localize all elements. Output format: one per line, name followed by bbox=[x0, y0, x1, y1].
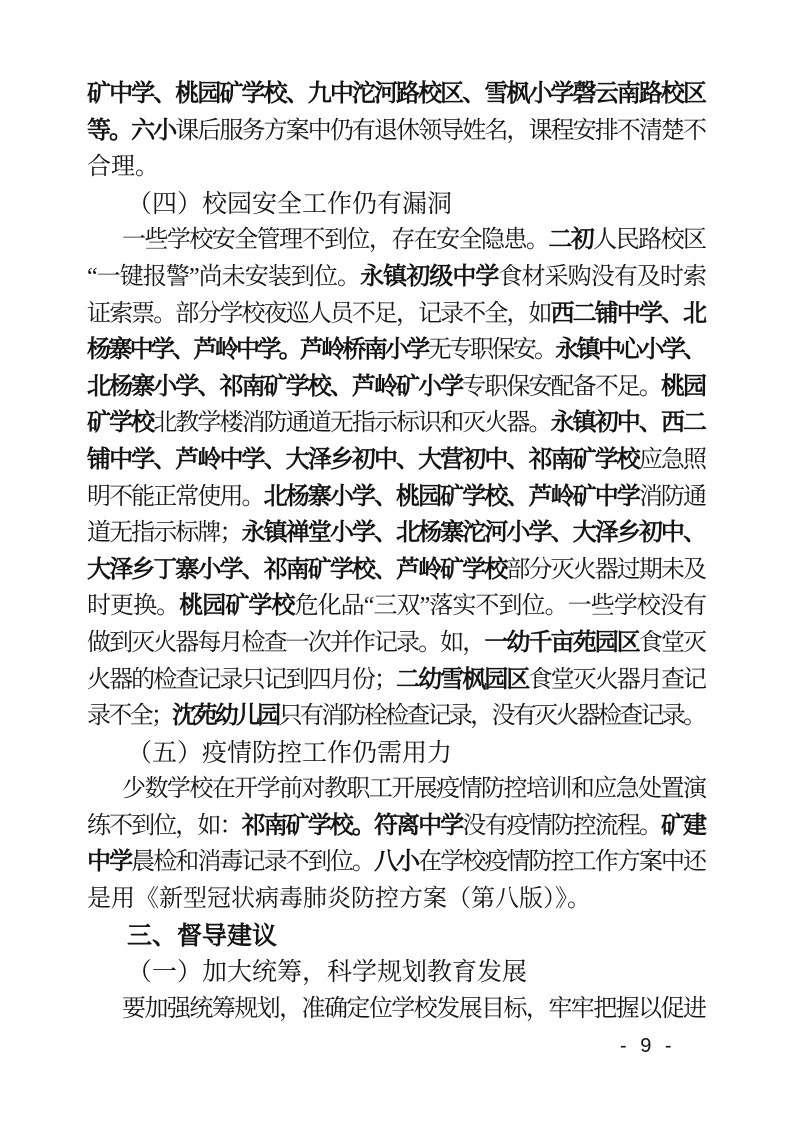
line-content: 三、督导建议 bbox=[127, 918, 277, 956]
body-text: （一）加大统筹，科学规划教育发展 bbox=[127, 957, 527, 986]
body-text: 合理。 bbox=[87, 154, 159, 180]
document-page: 矿中学、桃园矿学校、九中沱河路校区、雪枫小学磬云南路校区等。六小课后服务方案中仍… bbox=[0, 0, 793, 1122]
line-content: 录不全；沈苑幼儿园只有消防栓检查记录，没有灭火器检查记录。 bbox=[87, 698, 704, 735]
body-text: 要加强统筹规划，准确定位学校发展目标，牢牢把握以促进 bbox=[122, 996, 705, 1022]
text-line: 道无指示标牌；永镇禅堂小学、北杨寨沱河小学、大泽乡初中、 bbox=[87, 515, 707, 552]
text-line: 录不全；沈苑幼儿园只有消防栓检查记录，没有灭火器检查记录。 bbox=[87, 698, 707, 735]
text-line: “一键报警”尚未安装到位。永镇初级中学食材采购没有及时索 bbox=[87, 259, 707, 296]
emphasis-school-name: 永镇中心小学、 bbox=[555, 336, 704, 363]
emphasis-school-name: 永镇禅堂小学、北杨寨沱河小学、大泽乡初中、 bbox=[242, 519, 706, 546]
body-text: 应急照 bbox=[639, 447, 705, 473]
text-line: 时更换。桃园矿学校危化品“三双”落实不到位。一些学校没有 bbox=[87, 588, 707, 625]
body-text: （四）校园安全工作仍有漏洞 bbox=[127, 189, 452, 218]
emphasis-school-name: 永镇初级中学 bbox=[360, 263, 498, 290]
emphasis-school-name: 矿学校 bbox=[87, 409, 153, 436]
body-text: 只有消防栓检查记录，没有灭火器检查记录。 bbox=[279, 703, 705, 729]
line-content: 大泽乡丁寨小学、祁南矿学校、芦岭矿学校部分灭火器过期未及 bbox=[87, 552, 705, 589]
emphasis-school-name: 桃园 bbox=[661, 373, 705, 400]
emphasis-school-name: 西二铺中学、北 bbox=[551, 300, 706, 327]
line-content: 矿学校北教学楼消防通道无指示标识和灭火器。永镇初中、西二 bbox=[87, 405, 705, 442]
text-line: 矿学校北教学楼消防通道无指示标识和灭火器。永镇初中、西二 bbox=[87, 405, 707, 442]
text-line: 是用《新型冠状病毒肺炎防控方案（第八版）》。 bbox=[87, 881, 707, 918]
text-line: 等。六小课后服务方案中仍有退休领导姓名，课程安排不清楚不 bbox=[87, 113, 707, 150]
emphasis-school-name: 中学 bbox=[87, 848, 131, 875]
body-text: 时更换。 bbox=[87, 593, 179, 619]
line-content: 铺中学、芦岭中学、大泽乡初中、大营初中、祁南矿学校应急照 bbox=[87, 442, 705, 479]
emphasis-school-name: 铺中学、芦岭中学、大泽乡初中、大营初中、祁南矿学校 bbox=[87, 446, 639, 473]
line-content: 等。六小课后服务方案中仍有退休领导姓名，课程安排不清楚不 bbox=[87, 113, 705, 150]
emphasis-school-name: 北杨寨小学、祁南矿学校、芦岭矿小学 bbox=[87, 373, 462, 400]
emphasis-school-name: 二初 bbox=[548, 226, 593, 253]
line-content: 杨寨中学、芦岭中学。芦岭桥南小学无专职保安。永镇中心小学、 bbox=[87, 332, 704, 369]
body-text: 食堂灭火器月查记 bbox=[529, 667, 706, 693]
page-number: - 9 - bbox=[620, 1033, 676, 1059]
text-line: 证索票。部分学校夜巡人员不足，记录不全，如西二铺中学、北 bbox=[87, 296, 707, 333]
text-line: 杨寨中学、芦岭中学。芦岭桥南小学无专职保安。永镇中心小学、 bbox=[87, 332, 707, 369]
body-text: 火器的检查记录只记到四月份； bbox=[87, 667, 396, 693]
emphasis-school-name: 八小 bbox=[374, 848, 418, 875]
document-body: 矿中学、桃园矿学校、九中沱河路校区、雪枫小学磬云南路校区等。六小课后服务方案中仍… bbox=[87, 76, 707, 1027]
line-content: 合理。 bbox=[87, 149, 159, 186]
body-text: 一些学校安全管理不到位，存在安全隐患。 bbox=[122, 227, 548, 253]
text-line: 明不能正常使用。北杨寨小学、桃园矿学校、芦岭矿中学消防通 bbox=[87, 479, 707, 516]
body-text: 无专职保安。 bbox=[428, 337, 556, 363]
body-text: 道无指示标牌； bbox=[87, 520, 242, 546]
emphasis-school-name: 杨寨中学、芦岭中学。芦岭桥南小学 bbox=[87, 336, 428, 363]
section-heading: （一）加大统筹，科学规划教育发展 bbox=[87, 954, 707, 991]
line-content: 道无指示标牌；永镇禅堂小学、北杨寨沱河小学、大泽乡初中、 bbox=[87, 515, 705, 552]
body-text: 课后服务方案中仍有退休领导姓名，课程安排不清楚不 bbox=[175, 118, 705, 144]
text-line: 大泽乡丁寨小学、祁南矿学校、芦岭矿学校部分灭火器过期未及 bbox=[87, 552, 707, 589]
text-line: 合理。 bbox=[87, 149, 707, 186]
line-content: 时更换。桃园矿学校危化品“三双”落实不到位。一些学校没有 bbox=[87, 588, 706, 625]
emphasis-school-name: 矿中学、桃园矿学校、九中沱河路校区、雪枫小学磬云南路校区 bbox=[87, 80, 705, 107]
line-content: 是用《新型冠状病毒肺炎防控方案（第八版）》。 bbox=[87, 881, 591, 918]
emphasis-school-name: 等。六小 bbox=[87, 117, 175, 144]
body-text: 专职保安配备不足。 bbox=[462, 374, 661, 400]
emphasis-school-name: 大泽乡丁寨小学、祁南矿学校、芦岭矿学校 bbox=[87, 556, 506, 583]
line-content: （一）加大统筹，科学规划教育发展 bbox=[127, 954, 527, 992]
text-line: 北杨寨小学、祁南矿学校、芦岭矿小学专职保安配备不足。桃园 bbox=[87, 369, 707, 406]
text-line: 一些学校安全管理不到位，存在安全隐患。二初人民路校区 bbox=[87, 222, 707, 259]
line-content: 要加强统筹规划，准确定位学校发展目标，牢牢把握以促进 bbox=[122, 991, 705, 1028]
body-text: 在学校疫情防控工作方案中还 bbox=[418, 849, 705, 875]
body-text: 证索票。部分学校夜巡人员不足，记录不全，如 bbox=[87, 301, 551, 327]
chapter-heading: 三、督导建议 bbox=[87, 918, 707, 955]
emphasis-school-name: 永镇初中、西二 bbox=[551, 409, 706, 436]
body-text: 人民路校区 bbox=[593, 227, 705, 253]
text-line: 练不到位，如：祁南矿学校。符离中学没有疫情防控流程。矿建 bbox=[87, 808, 707, 845]
line-content: 中学晨检和消毒记录不到位。八小在学校疫情防控工作方案中还 bbox=[87, 844, 705, 881]
line-content: 做到灭火器每月检查一次并作记录。如，一幼千亩苑园区食堂灭 bbox=[87, 625, 705, 662]
line-content: 证索票。部分学校夜巡人员不足，记录不全，如西二铺中学、北 bbox=[87, 296, 705, 333]
line-content: “一键报警”尚未安装到位。永镇初级中学食材采购没有及时索 bbox=[87, 259, 706, 296]
emphasis-school-name: 矿建 bbox=[661, 812, 705, 839]
emphasis-school-name: 沈苑幼儿园 bbox=[172, 702, 278, 729]
text-line: 中学晨检和消毒记录不到位。八小在学校疫情防控工作方案中还 bbox=[87, 844, 707, 881]
section-heading: （四）校园安全工作仍有漏洞 bbox=[87, 186, 707, 223]
body-text: （五）疫情防控工作仍需用力 bbox=[127, 738, 452, 767]
line-content: （四）校园安全工作仍有漏洞 bbox=[127, 186, 452, 224]
body-text: 明不能正常使用。 bbox=[87, 484, 264, 510]
body-text: 食堂灭 bbox=[639, 630, 705, 656]
body-text: 是用《新型冠状病毒肺炎防控方案（第八版）》。 bbox=[87, 886, 591, 912]
emphasis-school-name: 三、督导建议 bbox=[127, 922, 277, 950]
text-line: 火器的检查记录只记到四月份；二幼雪枫园区食堂灭火器月查记 bbox=[87, 662, 707, 699]
body-text: “一键报警”尚未安装到位。 bbox=[87, 264, 360, 290]
line-content: 北杨寨小学、祁南矿学校、芦岭矿小学专职保安配备不足。桃园 bbox=[87, 369, 705, 406]
text-line: 铺中学、芦岭中学、大泽乡初中、大营初中、祁南矿学校应急照 bbox=[87, 442, 707, 479]
body-text: 录不全； bbox=[87, 703, 172, 729]
emphasis-school-name: 北杨寨小学、桃园矿学校、芦岭矿中学 bbox=[264, 483, 639, 510]
emphasis-school-name: 二幼雪枫园区 bbox=[396, 666, 528, 693]
text-line: 做到灭火器每月检查一次并作记录。如，一幼千亩苑园区食堂灭 bbox=[87, 625, 707, 662]
line-content: 明不能正常使用。北杨寨小学、桃园矿学校、芦岭矿中学消防通 bbox=[87, 479, 705, 516]
text-line: 要加强统筹规划，准确定位学校发展目标，牢牢把握以促进 bbox=[87, 991, 707, 1028]
text-line: 矿中学、桃园矿学校、九中沱河路校区、雪枫小学磬云南路校区 bbox=[87, 76, 707, 113]
line-content: 矿中学、桃园矿学校、九中沱河路校区、雪枫小学磬云南路校区 bbox=[87, 76, 705, 113]
line-content: 练不到位，如：祁南矿学校。符离中学没有疫情防控流程。矿建 bbox=[87, 808, 705, 845]
line-content: （五）疫情防控工作仍需用力 bbox=[127, 735, 452, 773]
line-content: 少数学校在开学前对教职工开展疫情防控培训和应急处置演 bbox=[122, 771, 705, 808]
body-text: 部分灭火器过期未及 bbox=[506, 557, 705, 583]
body-text: 北教学楼消防通道无指示标识和灭火器。 bbox=[153, 410, 550, 436]
body-text: 做到灭火器每月检查一次并作记录。如， bbox=[87, 630, 484, 656]
body-text: 没有疫情防控流程。 bbox=[462, 813, 661, 839]
text-line: 少数学校在开学前对教职工开展疫情防控培训和应急处置演 bbox=[87, 771, 707, 808]
emphasis-school-name: 一幼千亩苑园区 bbox=[484, 629, 639, 656]
emphasis-school-name: 桃园矿学校 bbox=[179, 592, 294, 619]
line-content: 火器的检查记录只记到四月份；二幼雪枫园区食堂灭火器月查记 bbox=[87, 662, 705, 699]
body-text: 食材采购没有及时索 bbox=[499, 264, 707, 290]
body-text: 危化品“三双”落实不到位。一些学校没有 bbox=[295, 593, 707, 619]
body-text: 消防通 bbox=[639, 484, 705, 510]
body-text: 晨检和消毒记录不到位。 bbox=[131, 849, 374, 875]
emphasis-school-name: 祁南矿学校。符离中学 bbox=[242, 812, 463, 839]
body-text: 练不到位，如： bbox=[87, 813, 242, 839]
body-text: 少数学校在开学前对教职工开展疫情防控培训和应急处置演 bbox=[122, 776, 705, 802]
line-content: 一些学校安全管理不到位，存在安全隐患。二初人民路校区 bbox=[122, 222, 705, 259]
section-heading: （五）疫情防控工作仍需用力 bbox=[87, 735, 707, 772]
